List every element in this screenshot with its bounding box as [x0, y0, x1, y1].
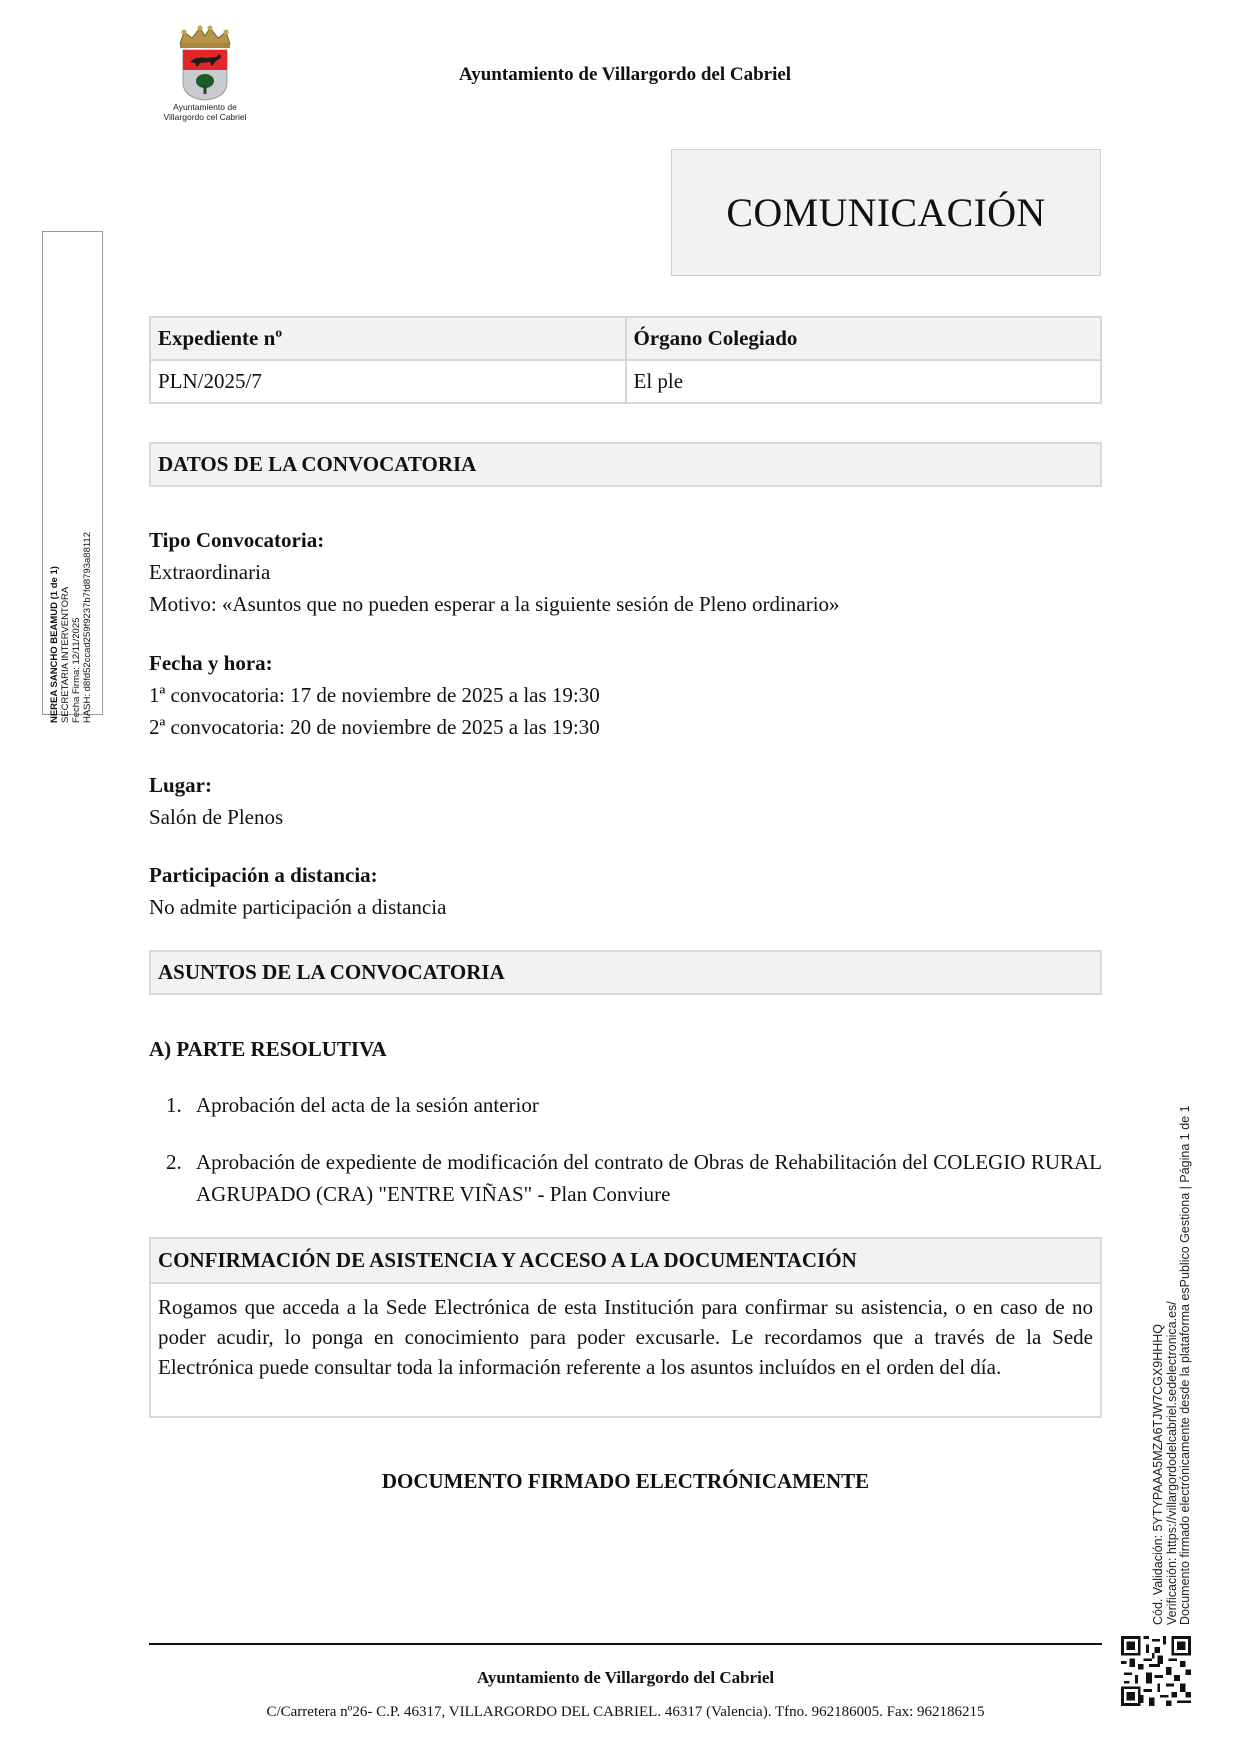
- motivo-text: Motivo: «Asuntos que no pueden esperar a…: [149, 592, 840, 617]
- confirmacion-box: CONFIRMACIÓN DE ASISTENCIA Y ACCESO A LA…: [149, 1237, 1102, 1418]
- signature-hash: HASH: d8fd52ccad259f9237b7fd8793a88112: [82, 532, 93, 723]
- tipo-label: Tipo Convocatoria:: [149, 528, 324, 553]
- agenda-item-2-number: 2.: [166, 1150, 182, 1175]
- agenda-item-1: Aprobación del acta de la sesión anterio…: [196, 1089, 1102, 1121]
- logo-caption-line1: Ayuntamiento de: [140, 102, 270, 112]
- lugar-label: Lugar:: [149, 773, 212, 798]
- confirmacion-body: Rogamos que acceda a la Sede Electrónica…: [151, 1284, 1100, 1382]
- header-organo: Órgano Colegiado: [626, 317, 1102, 360]
- document-type-title: COMUNICACIÓN: [671, 149, 1101, 276]
- signer-role: SECRETARIA INTERVENTORA: [60, 532, 71, 723]
- signature-date: Fecha Firma: 12/11/2025: [71, 532, 82, 723]
- participacion-value: No admite participación a distancia: [149, 895, 446, 920]
- cell-expediente: PLN/2025/7: [150, 360, 626, 403]
- signed-electronically-note: DOCUMENTO FIRMADO ELECTRÓNICAMENTE: [149, 1469, 1102, 1494]
- cell-organo: El ple: [626, 360, 1102, 403]
- fecha-label: Fecha y hora:: [149, 651, 273, 676]
- header-expediente: Expediente nº: [150, 317, 626, 360]
- header-title: Ayuntamiento de Villargordo del Cabriel: [450, 64, 800, 86]
- signature-stamp: NEREA SANCHO BEAMUD (1 de 1) SECRETARIA …: [42, 231, 103, 715]
- footer-divider: [149, 1643, 1102, 1645]
- lugar-value: Salón de Plenos: [149, 805, 283, 830]
- table-header-row: Expediente nº Órgano Colegiado: [150, 317, 1101, 360]
- primera-convocatoria: 1ª convocatoria: 17 de noviembre de 2025…: [149, 683, 600, 708]
- verification-text: Cód. Validación: 5YTYPAAA5MZA6TJW7CGX9HH…: [1152, 1105, 1193, 1625]
- municipal-logo: Ayuntamiento de Villargordo cel Cabriel: [150, 24, 260, 128]
- coat-of-arms-icon: [150, 24, 260, 102]
- parte-resolutiva-title: A) PARTE RESOLUTIVA: [149, 1037, 387, 1062]
- tipo-value: Extraordinaria: [149, 560, 270, 585]
- footer-address: C/Carretera nº26- C.P. 46317, VILLARGORD…: [149, 1704, 1102, 1721]
- section-datos-convocatoria: DATOS DE LA CONVOCATORIA: [149, 442, 1102, 487]
- logo-caption-line2: Villargordo cel Cabriel: [140, 112, 270, 122]
- participacion-label: Participación a distancia:: [149, 863, 378, 888]
- segunda-convocatoria: 2ª convocatoria: 20 de noviembre de 2025…: [149, 715, 600, 740]
- section-asuntos-convocatoria: ASUNTOS DE LA CONVOCATORIA: [149, 950, 1102, 995]
- platform-note: Documento firmado electrónicamente desde…: [1179, 1105, 1193, 1625]
- qr-code-icon: [1120, 1636, 1192, 1706]
- table-row: PLN/2025/7 El ple: [150, 360, 1101, 403]
- agenda-item-1-number: 1.: [166, 1093, 182, 1118]
- validation-code: Cód. Validación: 5YTYPAAA5MZA6TJW7CGX9HH…: [1152, 1105, 1166, 1625]
- verification-url[interactable]: Verificación: https://villargordodelcabr…: [1166, 1105, 1180, 1625]
- expediente-table: Expediente nº Órgano Colegiado PLN/2025/…: [149, 316, 1102, 404]
- confirmacion-title: CONFIRMACIÓN DE ASISTENCIA Y ACCESO A LA…: [151, 1239, 1100, 1284]
- signer-name: NEREA SANCHO BEAMUD (1 de 1): [49, 532, 60, 723]
- footer-title: Ayuntamiento de Villargordo del Cabriel: [149, 1668, 1102, 1688]
- signature-stamp-text: NEREA SANCHO BEAMUD (1 de 1) SECRETARIA …: [49, 532, 93, 723]
- agenda-item-2: Aprobación de expediente de modificación…: [196, 1146, 1102, 1210]
